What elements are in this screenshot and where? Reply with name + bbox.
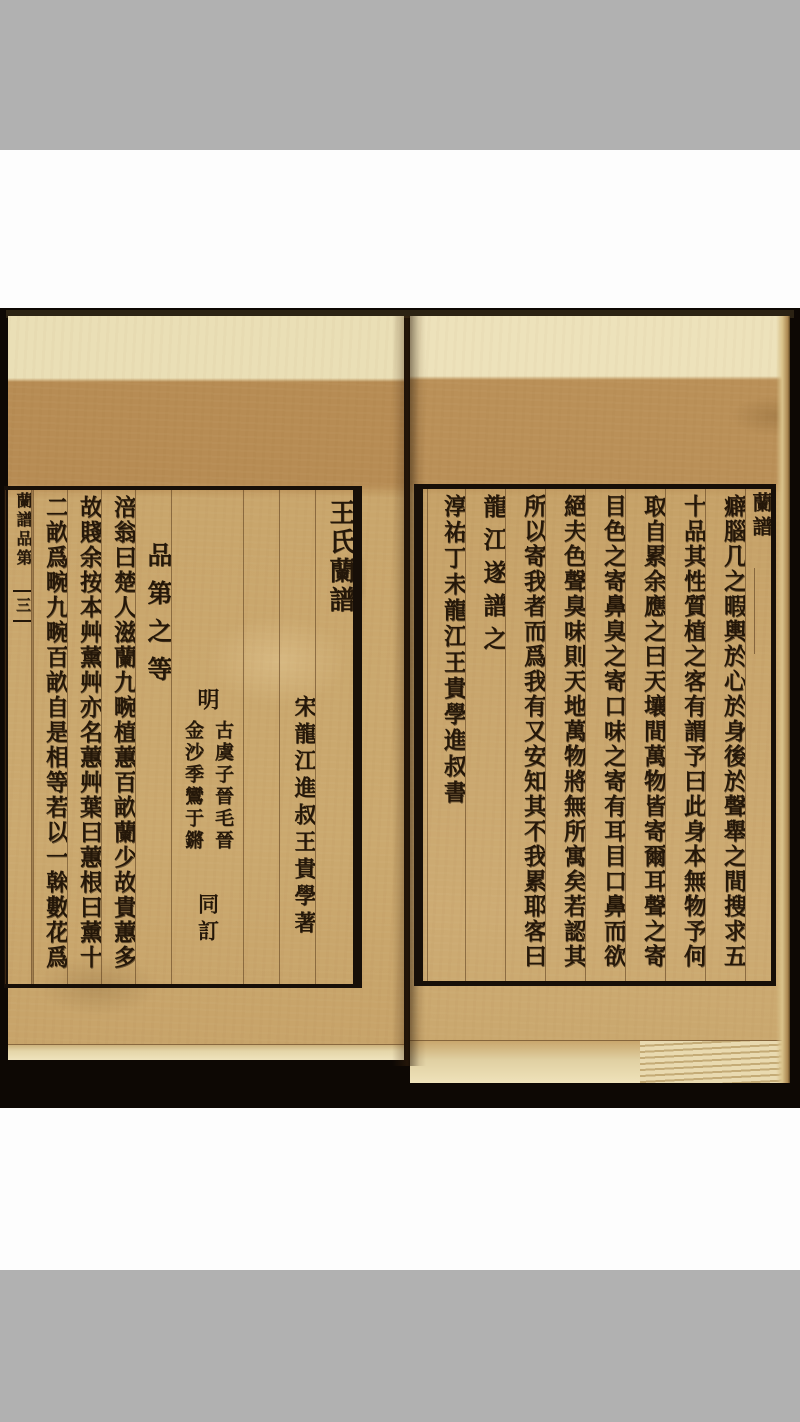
scan-margin-bottom <box>0 1108 800 1270</box>
scan-margin-top <box>0 150 800 308</box>
text-column-5: 絕夫色聲臭味則天地萬物將無所寓矣若認其 <box>545 489 585 981</box>
dynasty-label: 明 <box>192 688 223 710</box>
author-column: 宋龍江進叔王貴學著 <box>279 490 315 984</box>
editor-name-1: 古虞子晉毛晉 <box>213 720 232 852</box>
margin-rule <box>754 568 755 654</box>
text-frame-right: 蘭譜 癖腦几之暇輿於心於身後於聲舉之間搜求五 十品其性質植之客有謂予曰此身本無物… <box>414 484 776 986</box>
running-title: 蘭譜 <box>749 492 771 540</box>
body-column-c: 二畝爲畹九畹百畝自是相等若以一榦數花爲 <box>33 490 67 984</box>
section-heading: 品第之等 <box>135 490 171 984</box>
page-right-edge <box>776 316 790 1083</box>
page-bottom-edge-left <box>8 1044 404 1060</box>
centerfold-column: 蘭譜品第 三 <box>5 490 32 984</box>
page-number-cartouche: 三 <box>13 590 32 622</box>
book-photo: 蘭譜 癖腦几之暇輿於心於身後於聲舉之間搜求五 十品其性質植之客有謂予曰此身本無物… <box>0 308 800 1108</box>
editor-name-2: 金沙季鸞于鏘 <box>183 720 202 852</box>
text-column-1: 癖腦几之暇輿於心於身後於聲舉之間搜求五 <box>705 489 745 981</box>
book-title-column: 王氏蘭譜 <box>315 490 353 984</box>
stacked-page-edges <box>640 1041 790 1083</box>
text-column-2: 十品其性質植之客有謂予曰此身本無物予何 <box>665 489 705 981</box>
editors-group: 明 古虞子晉毛晉 金沙季鸞于鏘 同訂 <box>171 490 243 984</box>
editors-names: 古虞子晉毛晉 金沙季鸞于鏘 <box>172 720 243 852</box>
body-column-b: 故賤余按本艸薰艸亦名蕙艸葉曰蕙根曰薰十 <box>67 490 101 984</box>
text-frame-left: 王氏蘭譜 宋龍江進叔王貴學著 明 古虞子晉毛晉 金沙季鸞于鏘 同訂 品第之等 涪… <box>4 486 362 988</box>
colophon-column: 淳祐丁未龍江王貴學進叔書 <box>427 489 465 981</box>
centerfold-title: 蘭譜品第 <box>14 492 32 568</box>
empty-column <box>243 490 279 984</box>
running-title-column: 蘭譜 <box>745 489 771 981</box>
text-column-7: 龍江遂譜之 <box>465 489 505 981</box>
text-column-4: 目色之寄鼻臭之寄口味之寄有耳目口鼻而欲 <box>585 489 625 981</box>
co-edit-label: 同訂 <box>193 893 223 947</box>
body-column-a: 涪翁曰楚人滋蘭九畹植蕙百畝蘭少故貴蕙多 <box>101 490 135 984</box>
text-column-3: 取自累余應之曰天壤間萬物皆寄爾耳聲之寄 <box>625 489 665 981</box>
text-column-6: 所以寄我者而爲我有又安知其不我累耶客曰 <box>505 489 545 981</box>
